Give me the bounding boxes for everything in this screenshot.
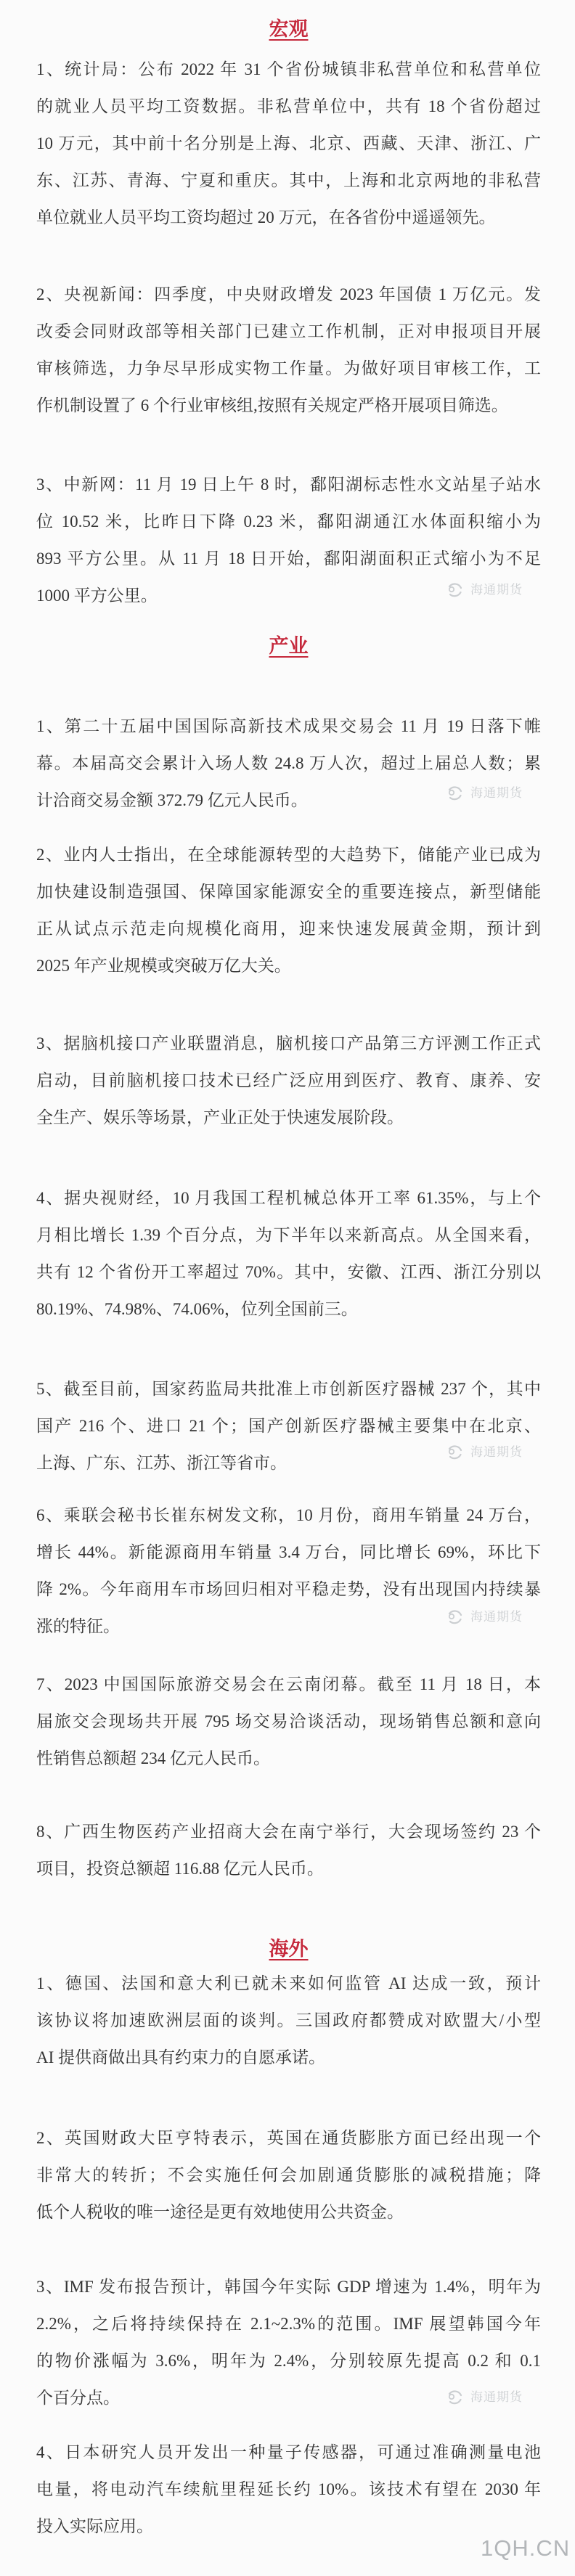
text-line: 该协议将加速欧洲层面的谈判。三国政府都赞成对欧盟大/小型 bbox=[36, 2002, 541, 2039]
text-line: 增长 44%。新能源商用车销量 3.4 万台，同比增长 69%，环比下 bbox=[36, 1534, 541, 1571]
text-line: 加快建设制造强国、保障国家能源安全的重要连接点，新型储能 bbox=[36, 873, 541, 910]
text-line: 电量，将电动汽车续航里程延长约 10%。该技术有望在 2030 年 bbox=[36, 2471, 541, 2508]
text-line: 投入实际应用。 bbox=[36, 2508, 541, 2545]
watermark-label: 海通期货 bbox=[470, 784, 523, 803]
paragraph: 2、业内人士指出，在全球能源转型的大趋势下，储能产业已成为加快建设制造强国、保障… bbox=[36, 836, 541, 984]
text-line: 8、广西生物医药产业招商大会在南宁举行，大会现场签约 23 个 bbox=[36, 1813, 541, 1850]
text-line: 届旅交会现场共开展 795 场交易洽谈活动，现场销售总额和意向 bbox=[36, 1703, 541, 1740]
text-line: 共有 12 个省份开工率超过 70%。其中，安徽、江西、浙江分别以 bbox=[36, 1254, 541, 1291]
haitong-logo-icon bbox=[445, 1608, 464, 1627]
paragraph: 8、广西生物医药产业招商大会在南宁举行，大会现场签约 23 个项目，投资总额超 … bbox=[36, 1813, 541, 1887]
paragraph: 3、据脑机接口产业联盟消息，脑机接口产品第三方评测工作正式启动，目前脑机接口技术… bbox=[36, 1025, 541, 1136]
watermark-label: 海通期货 bbox=[470, 1608, 523, 1627]
haitong-watermark: 海通期货 bbox=[445, 581, 523, 600]
haitong-watermark: 海通期货 bbox=[445, 1608, 523, 1627]
paragraph: 5、截至目前，国家药监局共批准上市创新医疗器械 237 个，其中国产 216 个… bbox=[36, 1370, 541, 1481]
text-line: 作机制设置了 6 个行业审核组,按照有关规定严格开展项目筛选。 bbox=[36, 387, 541, 424]
text-line: 改委会同财政部等相关部门已建立工作机制，正对申报项目开展 bbox=[36, 313, 541, 350]
paragraph: 2、央视新闻：四季度，中央财政增发 2023 年国债 1 万亿元。发改委会同财政… bbox=[36, 276, 541, 424]
haitong-logo-icon bbox=[445, 1443, 464, 1462]
text-line: 2025 年产业规模或突破万亿大关。 bbox=[36, 947, 541, 984]
haitong-watermark: 海通期货 bbox=[445, 1443, 523, 1462]
watermark-label: 海通期货 bbox=[470, 2388, 523, 2407]
paragraph: 4、据央视财经，10 月我国工程机械总体开工率 61.35%，与上个月相比增长 … bbox=[36, 1179, 541, 1328]
text-line: 单位就业人员平均工资均超过 20 万元，在各省份中遥遥领先。 bbox=[36, 199, 541, 236]
text-line: 1、德国、法国和意大利已就未来如何监管 AI 达成一致，预计 bbox=[36, 1965, 541, 2002]
text-line: 启动，目前脑机接口技术已经广泛应用到医疗、教育、康养、安 bbox=[36, 1062, 541, 1099]
paragraph: 2、英国财政大臣亨特表示，英国在通货膨胀方面已经出现一个非常大的转折；不会实施任… bbox=[36, 2119, 541, 2231]
text-line: 80.19%、74.98%、74.06%，位列全国前三。 bbox=[36, 1291, 541, 1328]
watermark-label: 海通期货 bbox=[470, 581, 523, 600]
text-line: 正从试点示范走向规模化商用，迎来快速发展黄金期，预计到 bbox=[36, 910, 541, 947]
haitong-logo-icon bbox=[445, 581, 464, 600]
text-line: 位 10.52 米，比昨日下降 0.23 米，鄱阳湖通江水体面积缩小为 bbox=[36, 503, 541, 540]
text-line: 4、据央视财经，10 月我国工程机械总体开工率 61.35%，与上个 bbox=[36, 1179, 541, 1217]
text-line: 1、第二十五届中国国际高新技术成果交易会 11 月 19 日落下帷 bbox=[36, 708, 541, 745]
paragraph: 4、日本研究人员开发出一种量子传感器，可通过准确测量电池电量，将电动汽车续航里程… bbox=[36, 2434, 541, 2545]
haitong-watermark: 海通期货 bbox=[445, 784, 523, 803]
text-line: 非常大的转折；不会实施任何会加剧通货膨胀的减税措施；降 bbox=[36, 2156, 541, 2193]
text-line: 3、中新网：11 月 19 日上午 8 时，鄱阳湖标志性水文站星子站水 bbox=[36, 466, 541, 503]
text-line: 2.2%，之后将持续保持在 2.1~2.3%的范围。IMF 展望韩国今年 bbox=[36, 2305, 541, 2342]
paragraph: 1、统计局：公布 2022 年 31 个省份城镇非私营单位和私营单位的就业人员平… bbox=[36, 51, 541, 236]
text-line: 3、据脑机接口产业联盟消息，脑机接口产品第三方评测工作正式 bbox=[36, 1025, 541, 1062]
news-digest-page: 1QH.CN 宏观1、统计局：公布 2022 年 31 个省份城镇非私营单位和私… bbox=[0, 0, 575, 2576]
haitong-watermark: 海通期货 bbox=[445, 2388, 523, 2407]
text-line: 审核筛选，力争尽早形成实物工作量。为做好项目审核工作，工 bbox=[36, 350, 541, 387]
text-line: 4、日本研究人员开发出一种量子传感器，可通过准确测量电池 bbox=[36, 2434, 541, 2471]
paragraph: 1、德国、法国和意大利已就未来如何监管 AI 达成一致，预计该协议将加速欧洲层面… bbox=[36, 1965, 541, 2076]
paragraph: 7、2023 中国国际旅游交易会在云南闭幕。截至 11 月 18 日，本届旅交会… bbox=[36, 1666, 541, 1777]
haitong-logo-icon bbox=[445, 784, 464, 803]
section-title-macro: 宏观 bbox=[36, 16, 541, 42]
text-line: AI 提供商做出具有约束力的自愿承诺。 bbox=[36, 2039, 541, 2076]
text-line: 幕。本届高交会累计入场人数 24.8 万人次，超过上届总人数；累 bbox=[36, 745, 541, 782]
text-line: 3、IMF 发布报告预计，韩国今年实际 GDP 增速为 1.4%，明年为 bbox=[36, 2268, 541, 2305]
text-line: 项目，投资总额超 116.88 亿元人民币。 bbox=[36, 1850, 541, 1887]
text-line: 2、央视新闻：四季度，中央财政增发 2023 年国债 1 万亿元。发 bbox=[36, 276, 541, 313]
text-line: 1、统计局：公布 2022 年 31 个省份城镇非私营单位和私营单位 bbox=[36, 51, 541, 88]
haitong-logo-icon bbox=[445, 2388, 464, 2407]
text-line: 10 万元，其中前十名分别是上海、北京、西藏、天津、浙江、广 bbox=[36, 125, 541, 162]
text-line: 降 2%。今年商用车市场回归相对平稳走势，没有出现国内持续暴 bbox=[36, 1571, 541, 1608]
text-line: 2、英国财政大臣亨特表示，英国在通货膨胀方面已经出现一个 bbox=[36, 2119, 541, 2156]
text-line: 月相比增长 1.39 个百分点，为下半年以来新高点。从全国来看， bbox=[36, 1217, 541, 1254]
text-line: 6、乘联会秘书长崔东树发文称，10 月份，商用车销量 24 万台， bbox=[36, 1497, 541, 1534]
text-line: 893 平方公里。从 11 月 18 日开始，鄱阳湖面积正式缩小为不足 bbox=[36, 540, 541, 577]
text-line: 7、2023 中国国际旅游交易会在云南闭幕。截至 11 月 18 日，本 bbox=[36, 1666, 541, 1703]
text-line: 2、业内人士指出，在全球能源转型的大趋势下，储能产业已成为 bbox=[36, 836, 541, 873]
text-line: 全生产、娱乐等场景，产业正处于快速发展阶段。 bbox=[36, 1099, 541, 1136]
text-line: 的就业人员平均工资数据。非私营单位中，共有 18 个省份超过 bbox=[36, 88, 541, 125]
section-title-overseas: 海外 bbox=[36, 1936, 541, 1962]
text-line: 的物价涨幅为 3.6%，明年为 2.4%，分别较原先提高 0.2 和 0.1 bbox=[36, 2342, 541, 2379]
section-title-industry: 产业 bbox=[36, 633, 541, 659]
text-line: 低个人税收的唯一途径是更有效地使用公共资金。 bbox=[36, 2193, 541, 2231]
text-line: 性销售总额超 234 亿元人民币。 bbox=[36, 1740, 541, 1777]
text-line: 5、截至目前，国家药监局共批准上市创新医疗器械 237 个，其中 bbox=[36, 1370, 541, 1407]
watermark-label: 海通期货 bbox=[470, 1443, 523, 1462]
text-line: 国产 216 个、进口 21 个；国产创新医疗器械主要集中在北京、 bbox=[36, 1407, 541, 1444]
text-line: 东、江苏、青海、宁夏和重庆。其中，上海和北京两地的非私营 bbox=[36, 162, 541, 199]
